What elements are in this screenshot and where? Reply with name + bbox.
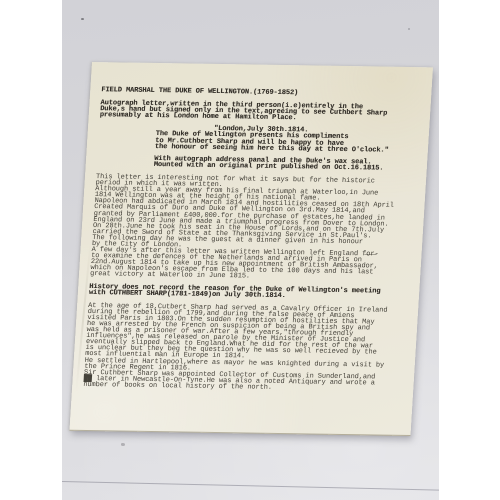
letter-intro-paragraph: Autograph letter,written in the third pe… [100, 100, 422, 123]
letter-page: FIELD MARSHAL THE DUKE OF WELLINGTON.(17… [69, 62, 433, 436]
letter-sharp-paragraph: At the age of 18,Cutbert Sharp had serve… [83, 303, 409, 393]
dust-speck-icon [408, 28, 410, 30]
letter-sharp-heading: History does not record the reason for t… [89, 284, 411, 301]
letter-title: FIELD MARSHAL THE DUKE OF WELLINGTON.(17… [101, 87, 422, 98]
dust-speck-icon [121, 443, 125, 446]
letter-history-paragraph: This letter is interesting not for what … [90, 174, 417, 283]
photo-background: FIELD MARSHAL THE DUKE OF WELLINGTON.(17… [62, 0, 439, 500]
table-seam-line [62, 481, 439, 491]
photo-frame: FIELD MARSHAL THE DUKE OF WELLINGTON.(17… [0, 0, 500, 500]
letter-quote-body: The Duke of Wellington presents his comp… [155, 131, 420, 153]
letter-seal-note: With autograph address panal and the Duk… [154, 156, 419, 172]
dust-speck-icon [81, 18, 84, 20]
typed-text-area: FIELD MARSHAL THE DUKE OF WELLINGTON.(17… [83, 87, 423, 399]
